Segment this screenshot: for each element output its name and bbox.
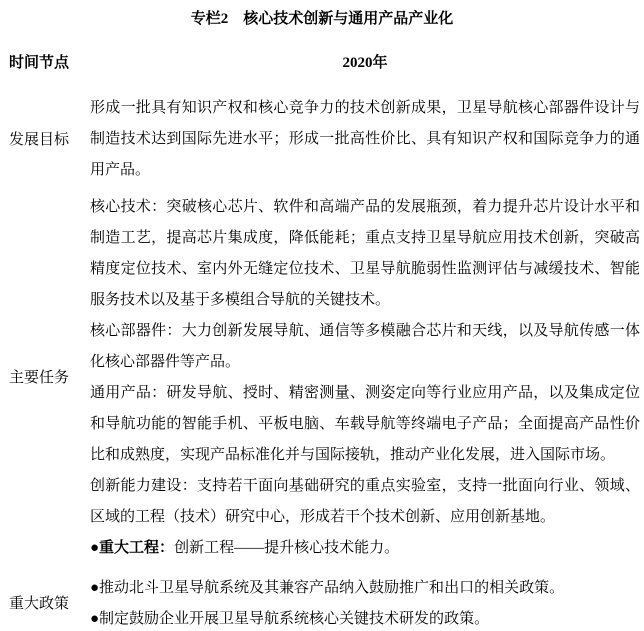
tasks-paragraph-general-products: 通用产品：研发导航、授时、精密测量、测姿定向等行业应用产品，以及集成定位和导航功… bbox=[90, 378, 640, 471]
table-row-policies: 重大政策 ●推动北斗卫星导航系统及其兼容产品纳入鼓励推广和出口的相关政策。 ●制… bbox=[0, 573, 644, 631]
timeline-value: 2020年 bbox=[90, 53, 644, 73]
tasks-paragraph-core-components: 核心部器件：大力创新发展导航、通信等多模融合芯片和天线，以及导航传感一体化核心部… bbox=[90, 316, 640, 378]
goals-content: 形成一批具有知识产权和核心竞争力的技术创新成果，卫星导航核心部器件设计与制造技术… bbox=[90, 93, 644, 186]
policy-bullet-item: ●推动北斗卫星导航系统及其兼容产品纳入鼓励推广和出口的相关政策。 bbox=[90, 573, 640, 604]
document-panel: 专栏2 核心技术创新与通用产品产业化 时间节点 2020年 发展目标 形成一批具… bbox=[0, 0, 644, 631]
panel-title: 专栏2 核心技术创新与通用产品产业化 bbox=[0, 0, 644, 29]
table-row-tasks: 主要任务 核心技术：突破核心芯片、软件和高端产品的发展瓶颈，着力提升芯片设计水平… bbox=[0, 192, 644, 564]
row-label-tasks: 主要任务 bbox=[0, 192, 90, 564]
tasks-paragraph-core-technology: 核心技术：突破核心芯片、软件和高端产品的发展瓶颈，着力提升芯片设计水平和制造工艺… bbox=[90, 192, 640, 316]
major-project-text: 创新工程——提升核心技术能力。 bbox=[174, 540, 399, 556]
row-label-timeline: 时间节点 bbox=[0, 53, 90, 73]
goals-paragraph: 形成一批具有知识产权和核心竞争力的技术创新成果，卫星导航核心部器件设计与制造技术… bbox=[90, 93, 640, 186]
tasks-paragraph-innovation-capacity: 创新能力建设：支持若干面向基础研究的重点实验室，支持一批面向行业、领域、区域的工… bbox=[90, 471, 640, 533]
table-row-timeline: 时间节点 2020年 bbox=[0, 53, 644, 73]
table-row-goals: 发展目标 形成一批具有知识产权和核心竞争力的技术创新成果，卫星导航核心部器件设计… bbox=[0, 93, 644, 186]
row-label-policies: 重大政策 bbox=[0, 573, 90, 631]
policy-bullet-item: ●制定鼓励企业开展卫星导航系统核心关键技术研发的政策。 bbox=[90, 604, 640, 631]
tasks-content: 核心技术：突破核心芯片、软件和高端产品的发展瓶颈，着力提升芯片设计水平和制造工艺… bbox=[90, 192, 644, 564]
tasks-major-project-line: ●重大工程：创新工程——提升核心技术能力。 bbox=[90, 533, 640, 564]
policies-content: ●推动北斗卫星导航系统及其兼容产品纳入鼓励推广和出口的相关政策。 ●制定鼓励企业… bbox=[90, 573, 644, 631]
row-label-goals: 发展目标 bbox=[0, 93, 90, 186]
major-project-bullet-prefix: ●重大工程： bbox=[90, 540, 174, 556]
